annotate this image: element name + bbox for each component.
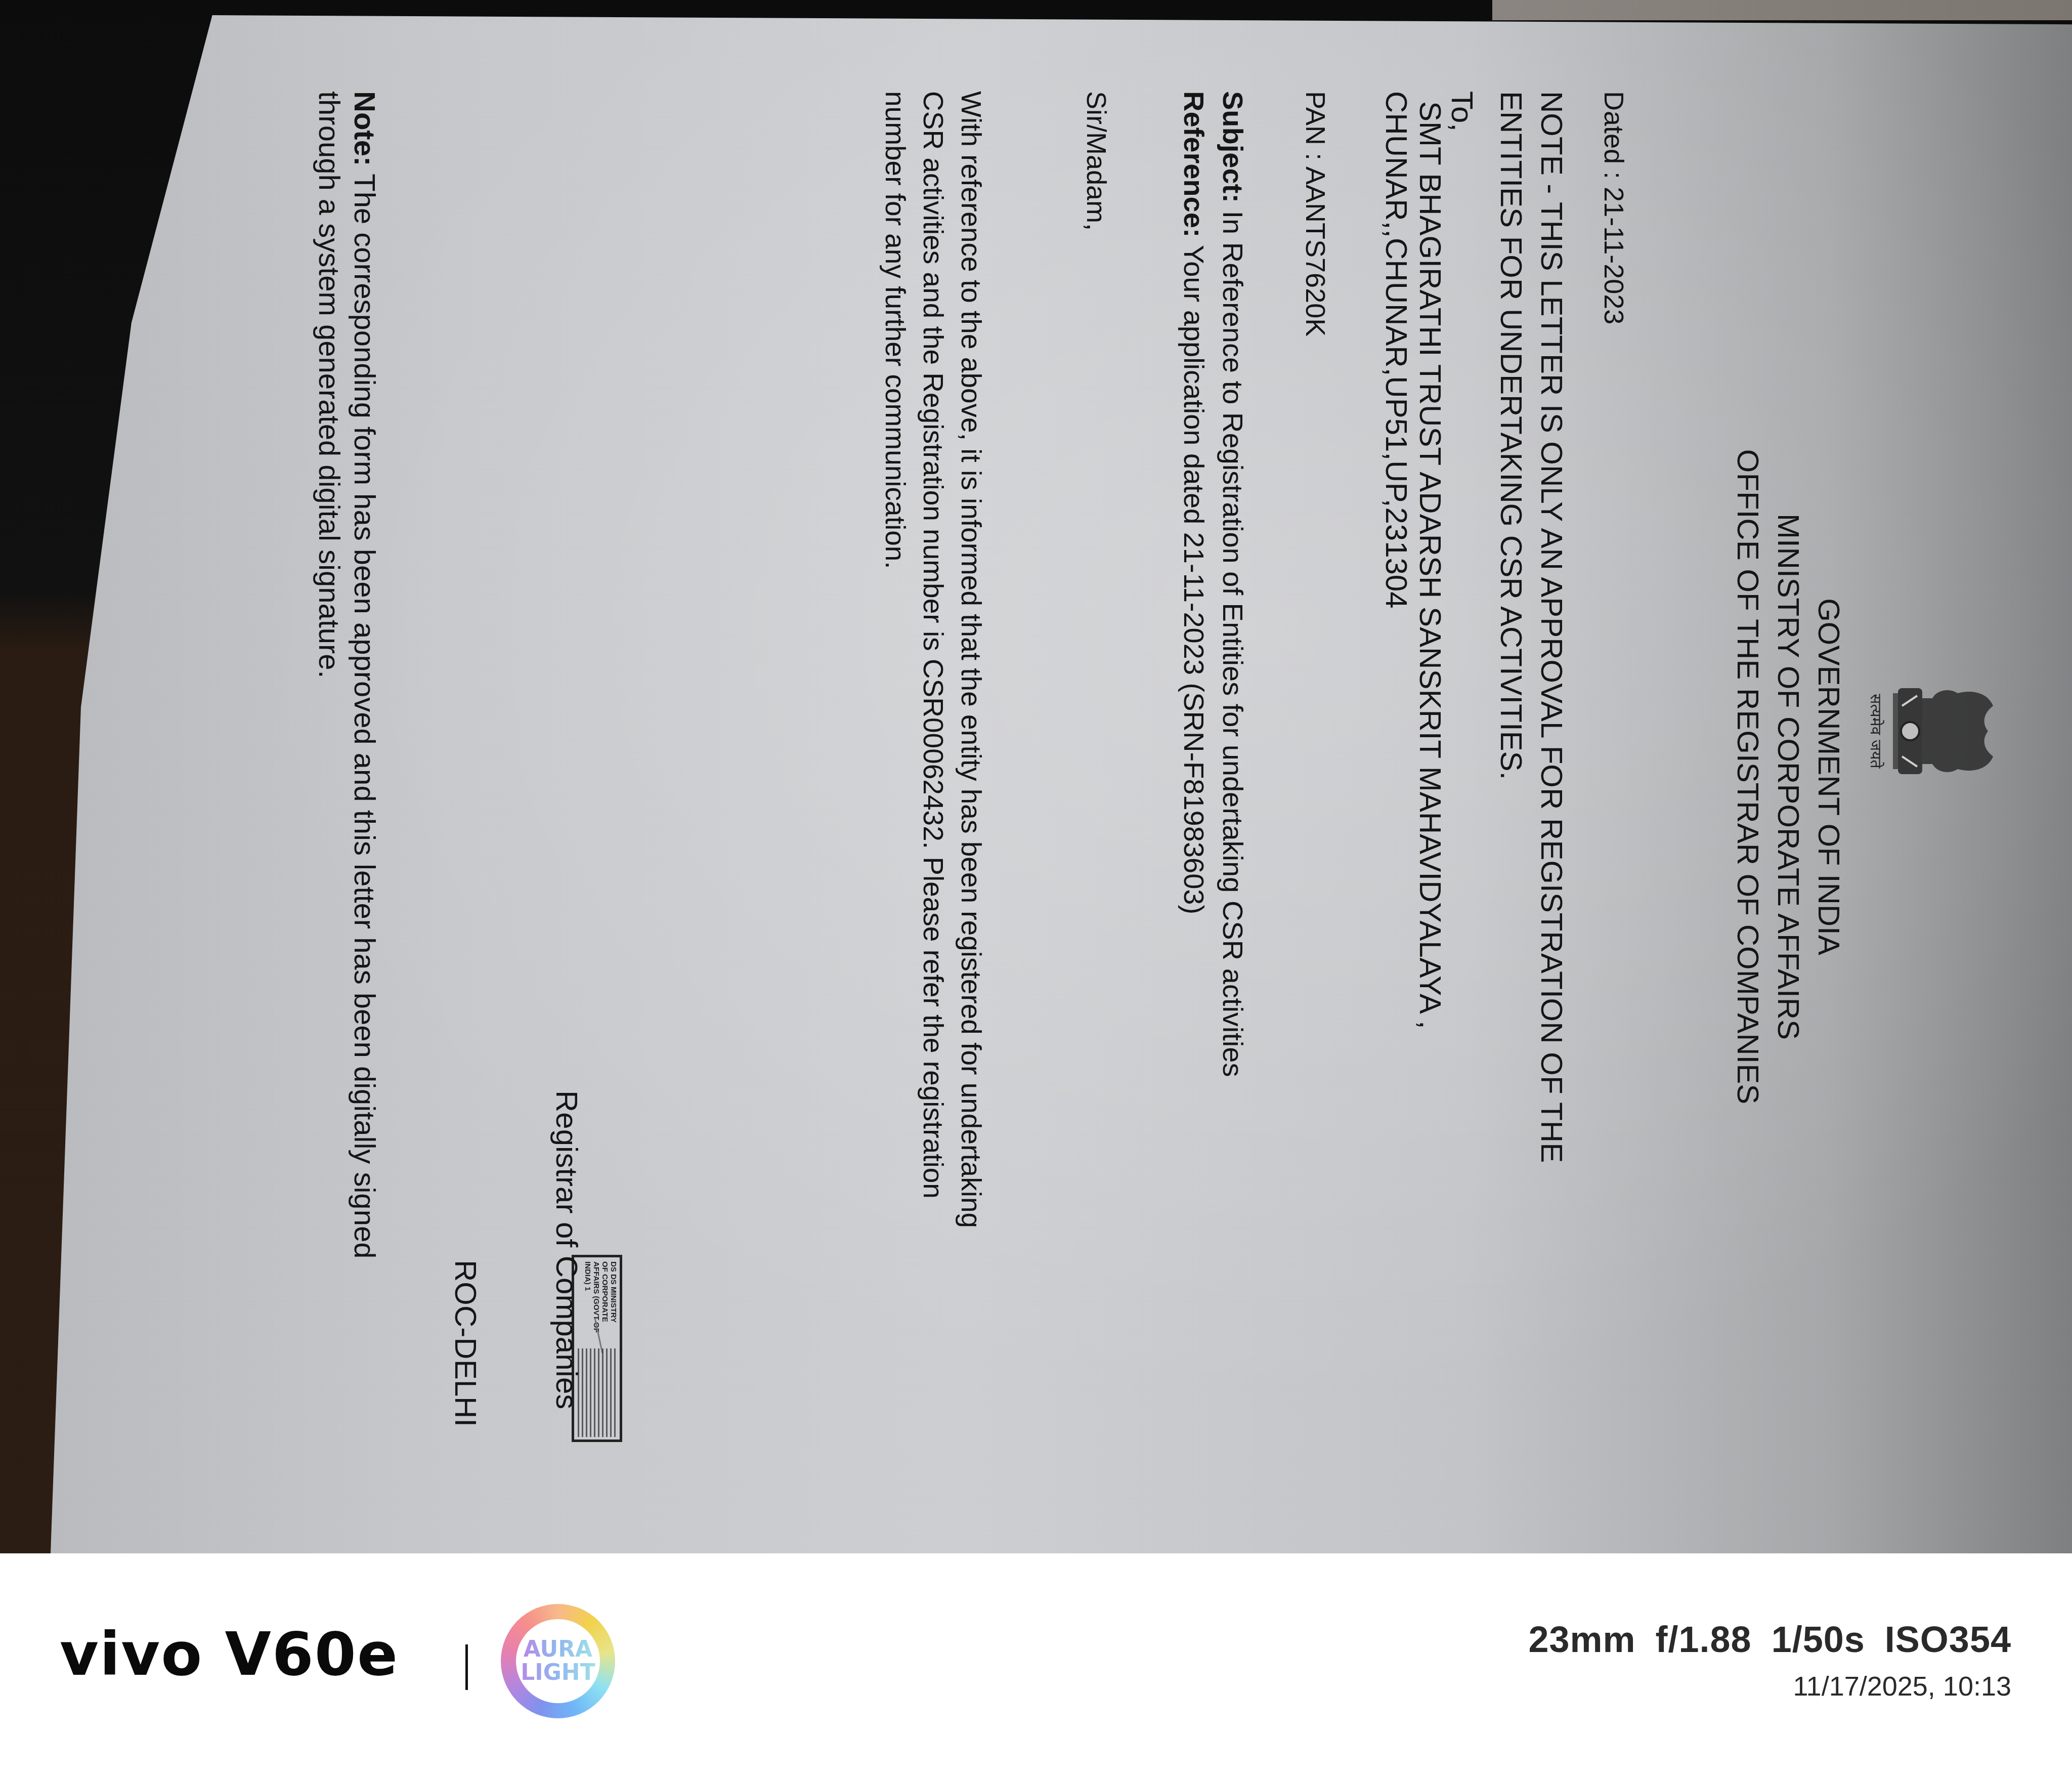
signatory-title: Registrar of Companies bbox=[549, 1090, 584, 1409]
reference-line: Reference: Your application dated 21-11-… bbox=[1176, 91, 1212, 914]
footer-note-label: Note: bbox=[348, 91, 381, 166]
aura-light-badge-icon: AURA LIGHT bbox=[501, 1604, 615, 1718]
aura-badge-line-2: LIGHT bbox=[521, 1661, 595, 1684]
subject-label: Subject: bbox=[1217, 91, 1249, 203]
svg-text:सत्यमेव जयते: सत्यमेव जयते bbox=[1867, 694, 1884, 769]
addressee-name: SMT BHAGIRATHI TRUST ADARSH SANSKRIT MAH… bbox=[1412, 101, 1448, 1029]
reference-label: Reference: bbox=[1178, 91, 1210, 237]
camera-watermark-bar: vivo V60e AURA LIGHT 23mm f/1.88 1/50s I… bbox=[0, 1553, 2072, 1777]
aura-badge-line-1: AURA bbox=[524, 1638, 592, 1661]
letter-date: Dated : 21-11-2023 bbox=[1596, 91, 1631, 324]
addressee-address: CHUNAR,,CHUNAR,UP51,UP,231304 bbox=[1378, 91, 1414, 609]
capture-datetime: 11/17/2025, 10:13 bbox=[1793, 1671, 2011, 1702]
header-government: GOVERNMENT OF INDIA bbox=[1811, 0, 1846, 1553]
document-photo: सत्यमेव जयते GOVERNMENT OF INDIA MINISTR… bbox=[0, 0, 2072, 1553]
to-label: To, bbox=[1444, 91, 1480, 132]
salutation: Sir/Madam, bbox=[1078, 91, 1114, 231]
note-line-2: ENTITIES FOR UNDERTAKING CSR ACTIVITIES. bbox=[1493, 91, 1529, 780]
footer-note-text: The corresponding form has been approved… bbox=[348, 166, 381, 1258]
letter-page: सत्यमेव जयते GOVERNMENT OF INDIA MINISTR… bbox=[0, 0, 1948, 1553]
signatory-office: ROC-DELHI bbox=[448, 1260, 483, 1427]
reference-text: Your application dated 21-11-2023 (SRN-F… bbox=[1178, 237, 1210, 914]
brand-divider bbox=[465, 1644, 468, 1690]
header-ministry: MINISTRY OF CORPORATE AFFAIRS bbox=[1771, 0, 1806, 1553]
subject-line: Subject: In Reference to Registration of… bbox=[1215, 91, 1250, 1077]
signature-stamp-text: DS DS MINISTRY OF CORPORATE AFFAIRS (GOV… bbox=[583, 1261, 618, 1333]
header-office: OFFICE OF THE REGISTRAR OF COMPANIES bbox=[1730, 0, 1765, 1553]
phone-brand-label: vivo V60e bbox=[60, 1619, 399, 1689]
subject-text: In Reference to Registration of Entities… bbox=[1217, 203, 1249, 1077]
body-line-1: With reference to the above, it is infor… bbox=[954, 91, 989, 1228]
national-emblem-icon: सत्यमेव जयते bbox=[1851, 658, 2003, 805]
body-line-3: number for any further communication. bbox=[878, 91, 913, 569]
exif-settings: 23mm f/1.88 1/50s ISO354 bbox=[1528, 1619, 2011, 1661]
body-line-2: CSR activities and the Registration numb… bbox=[916, 91, 951, 1199]
footer-note-line-1: Note: The corresponding form has been ap… bbox=[347, 91, 382, 1258]
note-line-1: NOTE - THIS LETTER IS ONLY AN APPROVAL F… bbox=[1534, 91, 1569, 1163]
pan-number: PAN : AANTS7620K bbox=[1298, 91, 1333, 336]
footer-note-line-2: through a system generated digital signa… bbox=[311, 91, 347, 679]
